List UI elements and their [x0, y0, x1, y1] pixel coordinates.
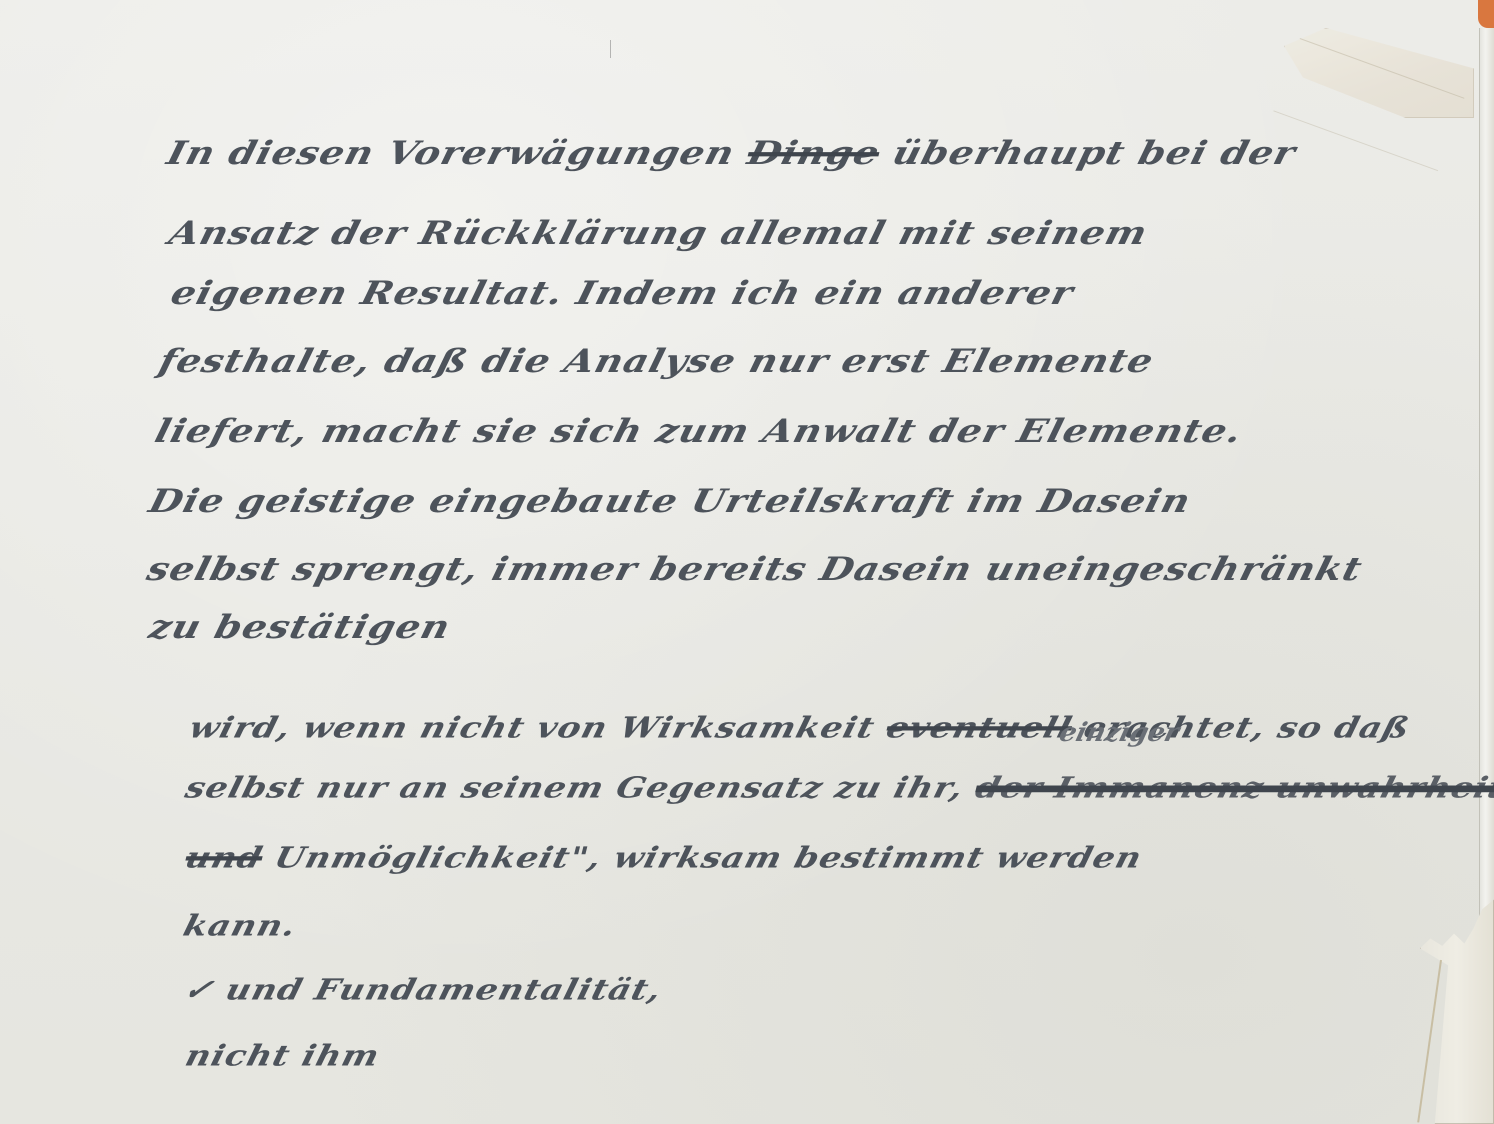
- handwritten-line-6: Die geistige eingebaute Urteilskraft im …: [145, 481, 1195, 519]
- struck-word: und: [182, 841, 267, 875]
- handwritten-line-12: kann.: [180, 909, 300, 943]
- line-text: und Fundamentalität,: [209, 973, 665, 1007]
- handwritten-line-14: nicht ihm: [182, 1039, 384, 1073]
- manuscript-page: In diesen Vorerwägungen Dinge überhaupt …: [0, 0, 1494, 1124]
- handwritten-line-4: festhalte, daß die Analyse nur erst Elem…: [155, 341, 1158, 379]
- struck-word: eventuell: [883, 711, 1076, 745]
- pencil-mark: [610, 40, 611, 58]
- handwritten-line-9: wird, wenn nicht von Wirksamkeit eventue…: [186, 711, 1414, 745]
- handwritten-line-7: selbst sprengt, immer bereits Dasein une…: [143, 549, 1366, 587]
- interlinear-insertion: einziger: [1056, 718, 1182, 748]
- handwritten-line-2: Ansatz der Rückklärung allemal mit seine…: [165, 213, 1152, 251]
- line-text: In diesen Vorerwägungen: [163, 133, 753, 171]
- handwritten-line-5: liefert, macht sie sich zum Anwalt der E…: [151, 411, 1246, 449]
- handwritten-line-11: und Unmöglichkeit", wirksam bestimmt wer…: [182, 841, 1146, 875]
- struck-word: Dinge: [744, 133, 884, 171]
- handwritten-line-1: In diesen Vorerwägungen Dinge überhaupt …: [163, 133, 1300, 171]
- handwritten-line-13: ✓ und Fundamentalität,: [180, 973, 666, 1007]
- struck-phrase: der Immanenz unwahrheit: [972, 771, 1494, 805]
- background-orange-corner: [1478, 0, 1494, 28]
- handwritten-line-8: zu bestätigen: [145, 607, 455, 645]
- torn-paper-edge: [1420, 880, 1494, 1124]
- line-text: Unmöglichkeit", wirksam bestimmt werden: [258, 841, 1146, 875]
- handwritten-line-10: selbst nur an seinem Gegensatz zu ihr, d…: [182, 771, 1494, 805]
- line-text: selbst nur an seinem Gegensatz zu ihr,: [182, 771, 981, 805]
- line-text: wird, wenn nicht von Wirksamkeit: [186, 711, 892, 745]
- line-text: überhaupt bei der: [875, 133, 1301, 171]
- handwritten-line-3: eigenen Resultat. Indem ich ein anderer: [167, 273, 1078, 311]
